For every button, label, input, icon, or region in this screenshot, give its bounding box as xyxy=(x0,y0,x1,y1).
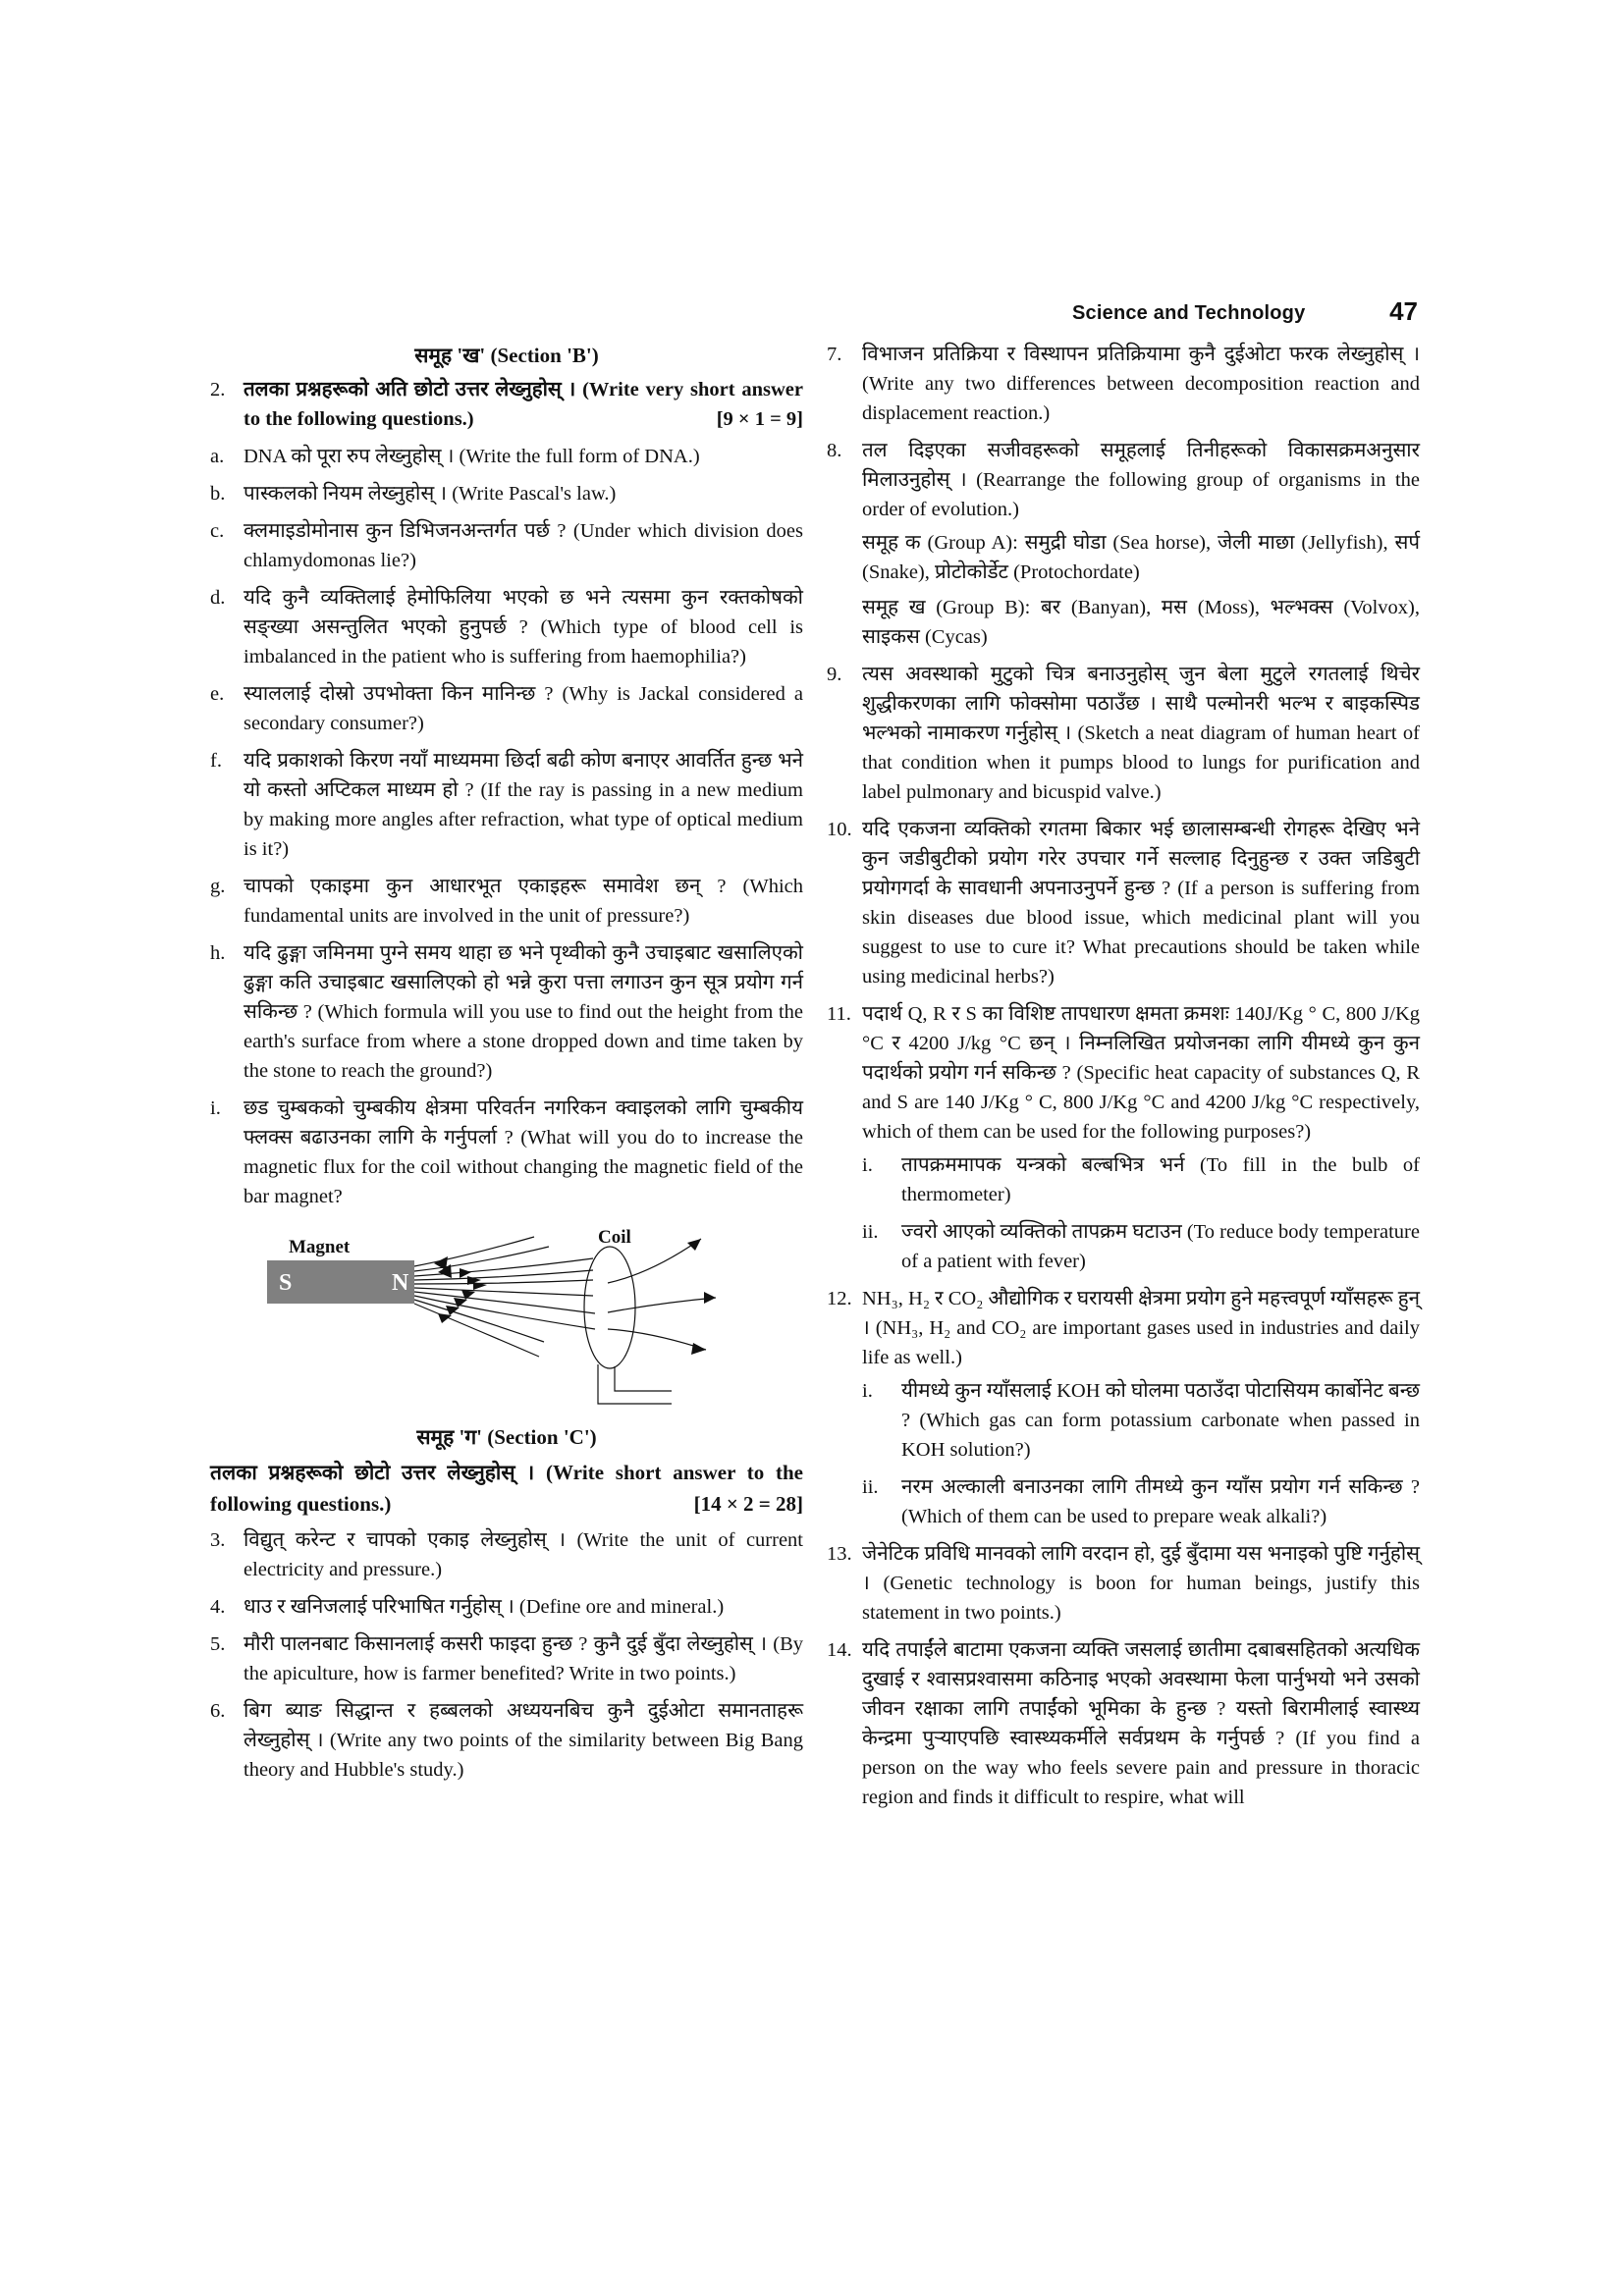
coil-label: Coil xyxy=(598,1223,631,1253)
sub-question-f: f. यदि प्रकाशको किरण नयाँ माध्यममा छिर्द… xyxy=(210,746,803,864)
south-pole-label: S xyxy=(279,1268,292,1298)
question-12-subparts: i. यीमध्ये कुन ग्याँसलाई KOH को घोलमा पठ… xyxy=(862,1376,1420,1531)
north-pole-label: N xyxy=(392,1268,408,1298)
sub-question-label: h. xyxy=(210,938,244,1086)
sub-question-label: ii. xyxy=(862,1472,901,1531)
question-text: धाउ र खनिजलाई परिभाषित गर्नुहोस् । (Defi… xyxy=(244,1592,803,1622)
question-text: विद्युत् करेन्ट र चापको एकाइ लेख्नुहोस् … xyxy=(244,1525,803,1584)
sub-question-text: यदि कुनै व्यक्तिलाई हेमोफिलिया भएको छ भन… xyxy=(244,583,803,671)
question-number: 13. xyxy=(827,1539,862,1628)
question-number: 6. xyxy=(210,1696,244,1785)
question-number: 10. xyxy=(827,815,862,991)
question-text: पदार्थ Q, R र S का विशिष्ट तापधारण क्षमत… xyxy=(862,999,1420,1147)
question-text: यदि एकजना व्यक्तिको रगतमा बिकार भई छालास… xyxy=(862,815,1420,991)
question-11-subparts: i. तापक्रममापक यन्त्रको बल्बभित्र भर्न (… xyxy=(862,1150,1420,1276)
sub-question-text: क्लमाइडोमोनास कुन डिभिजनअन्तर्गत पर्छ ? … xyxy=(244,516,803,575)
section-b-heading-np: समूह 'ख' xyxy=(414,344,485,367)
question-2-instruction: तलका प्रश्नहरूको अति छोटो उत्तर लेख्नुहो… xyxy=(244,375,803,434)
sub-question-text: स्याललाई दोस्रो उपभोक्ता किन मानिन्छ ? (… xyxy=(244,679,803,738)
marks-allocation: [9 × 1 = 9] xyxy=(717,404,803,434)
sub-question-text: यदि ढुङ्गा जमिनमा पुग्ने समय थाहा छ भने … xyxy=(244,938,803,1086)
question-text: NH₃, H₂ र CO₂ औद्योगिक र घरायसी क्षेत्रम… xyxy=(862,1284,1420,1372)
question-text: यदि तपाईंले बाटामा एकजना व्यक्ति जसलाई छ… xyxy=(862,1635,1420,1812)
sub-question-text: यीमध्ये कुन ग्याँसलाई KOH को घोलमा पठाउँ… xyxy=(901,1376,1420,1465)
question-number: 12. xyxy=(827,1284,862,1372)
question-6: 6. बिग ब्याङ सिद्धान्त र हब्बलको अध्ययनब… xyxy=(210,1696,803,1785)
sub-question-d: d. यदि कुनै व्यक्तिलाई हेमोफिलिया भएको छ… xyxy=(210,583,803,671)
question-14: 14. यदि तपाईंले बाटामा एकजना व्यक्ति जसल… xyxy=(827,1635,1420,1812)
sub-question-label: c. xyxy=(210,516,244,575)
question-text: तल दिइएका सजीवहरूको समूहलाई तिनीहरूको वि… xyxy=(862,436,1420,524)
question-10: 10. यदि एकजना व्यक्तिको रगतमा बिकार भई छ… xyxy=(827,815,1420,991)
sub-question-i: i. तापक्रममापक यन्त्रको बल्बभित्र भर्न (… xyxy=(862,1150,1420,1209)
sub-question-b: b. पास्कलको नियम लेख्नुहोस् । (Write Pas… xyxy=(210,479,803,508)
sub-question-label: f. xyxy=(210,746,244,864)
question-11: 11. पदार्थ Q, R र S का विशिष्ट तापधारण क… xyxy=(827,999,1420,1147)
running-header: Science and Technology 47 xyxy=(1072,296,1426,336)
question-7: 7. विभाजन प्रतिक्रिया र विस्थापन प्रतिक्… xyxy=(827,340,1420,428)
sub-question-text: तापक्रममापक यन्त्रको बल्बभित्र भर्न (To … xyxy=(901,1150,1420,1209)
sub-question-label: ii. xyxy=(862,1217,901,1276)
sub-question-text: पास्कलको नियम लेख्नुहोस् । (Write Pascal… xyxy=(244,479,803,508)
section-c-instruction: तलका प्रश्नहरूको छोटो उत्तर लेख्नुहोस् ।… xyxy=(210,1457,803,1520)
sub-question-c: c. क्लमाइडोमोनास कुन डिभिजनअन्तर्गत पर्छ… xyxy=(210,516,803,575)
question-text: जेनेटिक प्रविधि मानवको लागि वरदान हो, दु… xyxy=(862,1539,1420,1628)
page-number: 47 xyxy=(1389,296,1418,327)
left-column: समूह 'ख' (Section 'B') 2. तलका प्रश्नहरू… xyxy=(210,340,803,1792)
section-b-heading-en: (Section 'B') xyxy=(491,344,599,367)
sub-question-ii: ii. ज्वरो आएको व्यक्तिको तापक्रम घटाउन (… xyxy=(862,1217,1420,1276)
sub-question-label: i. xyxy=(210,1094,244,1211)
question-number: 3. xyxy=(210,1525,244,1584)
sub-question-text: छड चुम्बकको चुम्बकीय क्षेत्रमा परिवर्तन … xyxy=(244,1094,803,1211)
question-text: त्यस अवस्थाको मुटुको चित्र बनाउनुहोस् जु… xyxy=(862,660,1420,807)
section-b-heading: समूह 'ख' (Section 'B') xyxy=(210,340,803,371)
book-title: Science and Technology xyxy=(1072,302,1305,325)
sub-question-a: a. DNA को पूरा रुप लेख्नुहोस् । (Write t… xyxy=(210,442,803,471)
question-4: 4. धाउ र खनिजलाई परिभाषित गर्नुहोस् । (D… xyxy=(210,1592,803,1622)
section-c-heading: समूह 'ग' (Section 'C') xyxy=(210,1421,803,1453)
question-text: मौरी पालनबाट किसानलाई कसरी फाइदा हुन्छ ?… xyxy=(244,1629,803,1688)
question-3: 3. विद्युत् करेन्ट र चापको एकाइ लेख्नुहो… xyxy=(210,1525,803,1584)
sub-question-text: चापको एकाइमा कुन आधारभूत एकाइहरू समावेश … xyxy=(244,872,803,931)
question-number: 9. xyxy=(827,660,862,807)
question-9: 9. त्यस अवस्थाको मुटुको चित्र बनाउनुहोस्… xyxy=(827,660,1420,807)
organism-group-a: समूह क (Group A): समुद्री घोडा (Sea hors… xyxy=(862,528,1420,587)
sub-question-label: b. xyxy=(210,479,244,508)
question-2: 2. तलका प्रश्नहरूको अति छोटो उत्तर लेख्न… xyxy=(210,375,803,434)
question-text: बिग ब्याङ सिद्धान्त र हब्बलको अध्ययनबिच … xyxy=(244,1696,803,1785)
magnet-label: Magnet xyxy=(289,1233,350,1262)
sub-question-label: a. xyxy=(210,442,244,471)
sub-question-label: g. xyxy=(210,872,244,931)
question-number: 2. xyxy=(210,375,244,434)
magnet-coil-diagram: Magnet Coil S N xyxy=(210,1219,803,1415)
question-12: 12. NH₃, H₂ र CO₂ औद्योगिक र घरायसी क्षे… xyxy=(827,1284,1420,1372)
question-number: 14. xyxy=(827,1635,862,1812)
sub-question-text: यदि प्रकाशको किरण नयाँ माध्यममा छिर्दा ब… xyxy=(244,746,803,864)
sub-question-i: i. यीमध्ये कुन ग्याँसलाई KOH को घोलमा पठ… xyxy=(862,1376,1420,1465)
sub-question-label: e. xyxy=(210,679,244,738)
question-text: विभाजन प्रतिक्रिया र विस्थापन प्रतिक्रिय… xyxy=(862,340,1420,428)
section-c-heading-np: समूह 'ग' xyxy=(416,1425,482,1449)
sub-question-text: DNA को पूरा रुप लेख्नुहोस् । (Write the … xyxy=(244,442,803,471)
section-c-heading-en: (Section 'C') xyxy=(487,1425,596,1449)
sub-question-i: i. छड चुम्बकको चुम्बकीय क्षेत्रमा परिवर्… xyxy=(210,1094,803,1211)
question-number: 5. xyxy=(210,1629,244,1688)
sub-question-e: e. स्याललाई दोस्रो उपभोक्ता किन मानिन्छ … xyxy=(210,679,803,738)
question-number: 11. xyxy=(827,999,862,1147)
sub-question-g: g. चापको एकाइमा कुन आधारभूत एकाइहरू समाव… xyxy=(210,872,803,931)
question-5: 5. मौरी पालनबाट किसानलाई कसरी फाइदा हुन्… xyxy=(210,1629,803,1688)
sub-question-label: i. xyxy=(862,1150,901,1209)
question-number: 4. xyxy=(210,1592,244,1622)
question-number: 8. xyxy=(827,436,862,524)
right-column: 7. विभाजन प्रतिक्रिया र विस्थापन प्रतिक्… xyxy=(827,340,1420,1820)
sub-question-text: नरम अल्काली बनाउनका लागि तीमध्ये कुन ग्य… xyxy=(901,1472,1420,1531)
question-number: 7. xyxy=(827,340,862,428)
marks-allocation: [14 × 2 = 28] xyxy=(694,1488,803,1520)
sub-question-ii: ii. नरम अल्काली बनाउनका लागि तीमध्ये कुन… xyxy=(862,1472,1420,1531)
sub-question-h: h. यदि ढुङ्गा जमिनमा पुग्ने समय थाहा छ भ… xyxy=(210,938,803,1086)
question-13: 13. जेनेटिक प्रविधि मानवको लागि वरदान हो… xyxy=(827,1539,1420,1628)
organism-group-b: समूह ख (Group B): बर (Banyan), मस (Moss)… xyxy=(862,593,1420,652)
sub-question-label: i. xyxy=(862,1376,901,1465)
sub-question-text: ज्वरो आएको व्यक्तिको तापक्रम घटाउन (To r… xyxy=(901,1217,1420,1276)
sub-question-label: d. xyxy=(210,583,244,671)
question-8: 8. तल दिइएका सजीवहरूको समूहलाई तिनीहरूको… xyxy=(827,436,1420,524)
